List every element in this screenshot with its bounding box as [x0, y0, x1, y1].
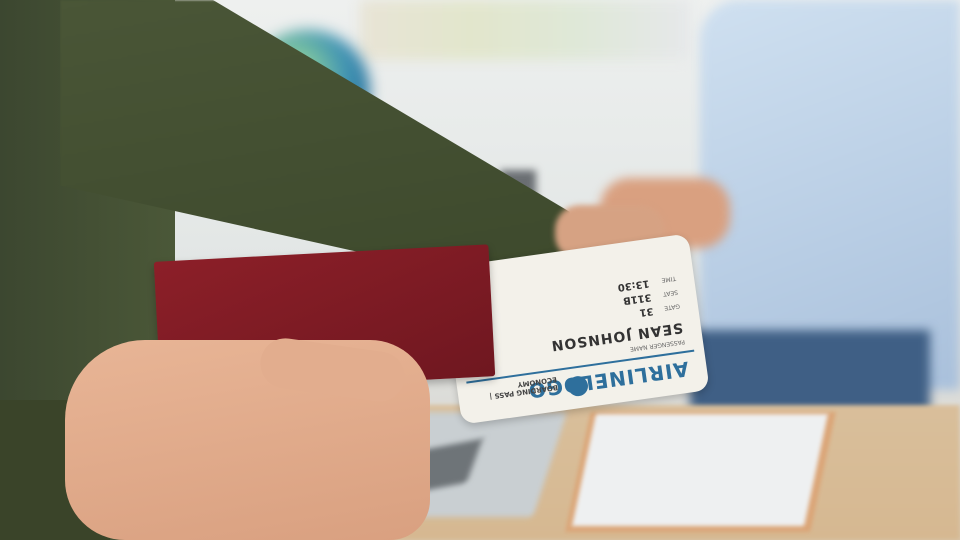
gate-label: GATE [664, 302, 681, 311]
seat-label: SEAT [663, 288, 679, 297]
clipboard-paper [572, 414, 828, 526]
seat-value: 311B [622, 291, 652, 306]
gate-value: 31 [639, 305, 654, 318]
passenger-name: SEAN JOHNSON [550, 319, 684, 353]
time-value: 13:30 [617, 277, 650, 292]
wall-map-poster [360, 0, 690, 60]
time-label: TIME [661, 274, 676, 283]
